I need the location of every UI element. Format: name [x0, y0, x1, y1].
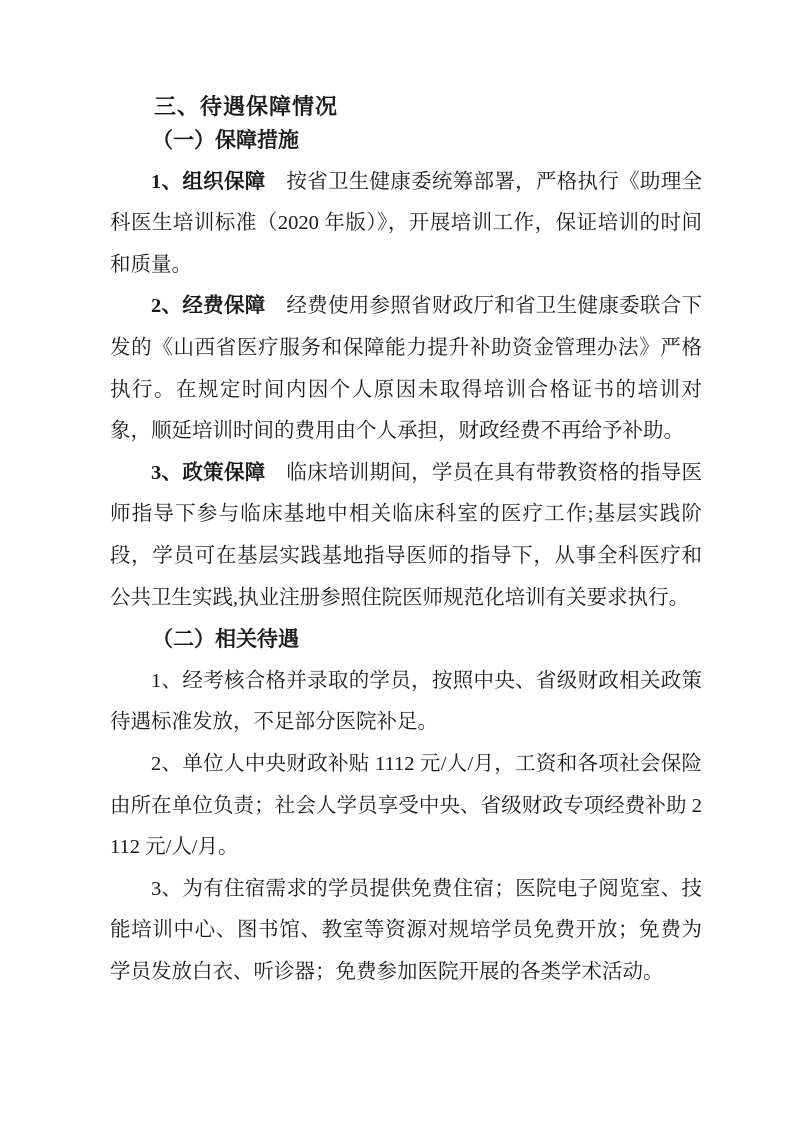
- paragraph-free-benefits: 3、为有住宿需求的学员提供免费住宿；医院电子阅览室、技能培训中心、图书馆、教室等…: [110, 869, 702, 994]
- paragraph-label: 2、经费保障: [151, 295, 266, 317]
- paragraph-organization-guarantee: 1、组织保障 按省卫生健康委统筹部署，严格执行《助理全科医生培训标准（2020 …: [110, 162, 702, 287]
- page-content: 三、待遇保障情况 （一）保障措施 1、组织保障 按省卫生健康委统筹部署，严格执行…: [110, 94, 702, 993]
- paragraph-text: 经费使用参照省财政厅和省卫生健康委联合下发的《山西省医疗服务和保障能力提升补助资…: [110, 295, 702, 442]
- paragraph-label: 3、政策保障: [151, 462, 266, 484]
- section-title: 三、待遇保障情况: [110, 94, 702, 120]
- paragraph-stipend-standard: 1、经考核合格并录取的学员，按照中央、省级财政相关政策待遇标准发放，不足部分医院…: [110, 661, 702, 744]
- document-page: 三、待遇保障情况 （一）保障措施 1、组织保障 按省卫生健康委统筹部署，严格执行…: [0, 0, 793, 1122]
- paragraph-funding-guarantee: 2、经费保障 经费使用参照省财政厅和省卫生健康委联合下发的《山西省医疗服务和保障…: [110, 286, 702, 452]
- paragraph-label: 1、组织保障: [151, 171, 266, 193]
- paragraph-subsidy-amounts: 2、单位人中央财政补贴 1112 元/人/月，工资和各项社会保险由所在单位负责；…: [110, 744, 702, 869]
- subsection-1-heading: （一）保障措施: [110, 120, 702, 162]
- paragraph-policy-guarantee: 3、政策保障 临床培训期间，学员在具有带教资格的指导医师指导下参与临床基地中相关…: [110, 453, 702, 619]
- subsection-2-heading: （二）相关待遇: [110, 619, 702, 661]
